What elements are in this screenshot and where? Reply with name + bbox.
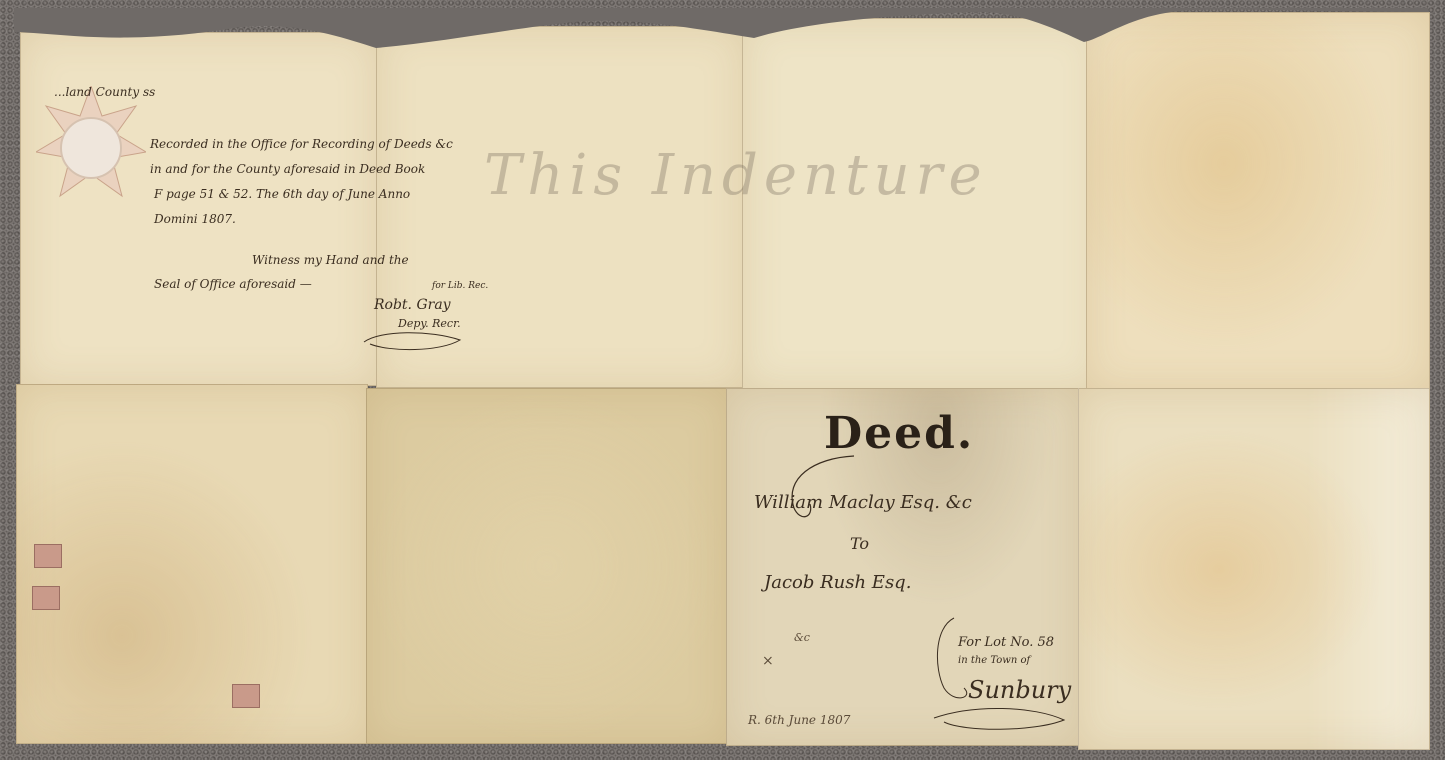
town-flourish-icon (914, 608, 1074, 738)
signature-prefix: for Lib. Rec. (432, 282, 488, 291)
mark-cross: × (762, 654, 774, 668)
grantee-name: Jacob Rush Esq. (764, 574, 911, 592)
pink-tab (32, 586, 60, 610)
recording-line-3: F page 51 & 52. The 6th day of June Anno (154, 188, 410, 200)
pink-tab (232, 684, 260, 708)
deed-document: ...land County ss Recorded in the Office… (14, 8, 1428, 748)
signature-name: Robt. Gray (374, 298, 451, 312)
bleed-through-text: This Indenture (484, 148, 988, 204)
flourish-icon (774, 448, 864, 528)
recording-line-4: Domini 1807. (154, 213, 236, 225)
pink-tab (34, 544, 62, 568)
county-line: ...land County ss (54, 86, 155, 98)
wax-seal-icon (36, 86, 146, 206)
docket-date: R. 6th June 1807 (748, 714, 850, 726)
recording-line-2: in and for the County aforesaid in Deed … (150, 163, 425, 175)
scalloped-top-edge (14, 8, 1428, 48)
to-word: To (850, 536, 869, 552)
panel-bottom-middle-left (366, 388, 728, 744)
recording-line-1: Recorded in the Office for Recording of … (150, 138, 453, 150)
panel-top-right (1086, 12, 1430, 390)
witness-line-2: Seal of Office aforesaid — (154, 278, 312, 290)
signature-flourish-icon (360, 326, 470, 356)
panel-bottom-left (16, 384, 368, 744)
panel-bottom-right (1078, 388, 1430, 750)
witness-line-1: Witness my Hand and the (252, 254, 409, 266)
mark-ampersand: &c (794, 632, 810, 643)
